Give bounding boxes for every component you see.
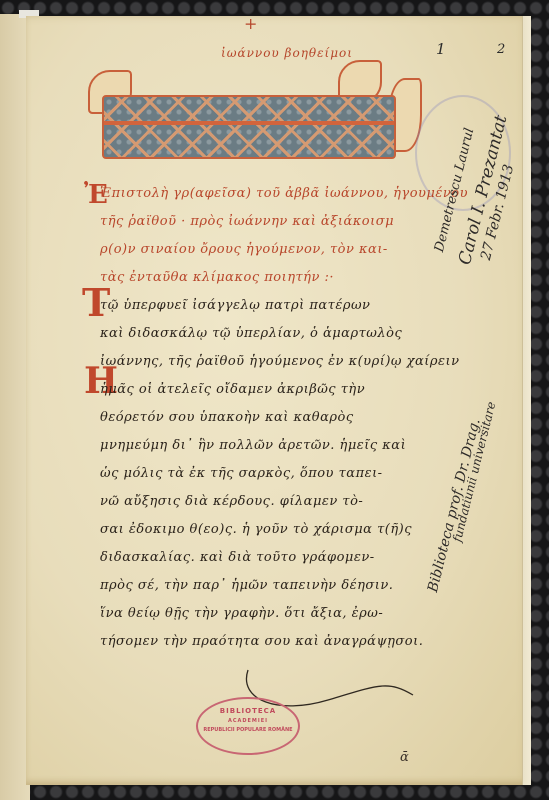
- stamp-line-3: REPUBLICII POPULARE ROMÂNE: [198, 727, 298, 733]
- incipit-line: τῆς ῥαϊθοῦ · πρὸς ἰωάννην καὶ ἀξιάκοισμ: [100, 208, 445, 236]
- body-line: μνημεύμη δι᾽ ἣν πολλῶν ἀρετῶν. ἡμεῖς καὶ: [100, 432, 445, 460]
- library-stamp: BIBLIOTECA ACADEMIEI REPUBLICII POPULARE…: [196, 697, 300, 755]
- body-line: καὶ διδασκάλῳ τῷ ὑπερλίαν, ὁ ἁμαρτωλὸς: [100, 320, 445, 348]
- body-line: τῷ ὑπερφυεῖ ἰσάγγελῳ πατρὶ πατέρων: [100, 292, 445, 320]
- interlace-band: [102, 95, 396, 159]
- body-line: ἡμᾶς οἱ ἀτελεῖς οἴδαμεν ἀκριβῶς τὴν: [100, 376, 445, 404]
- body-line: νῶ αὔξησις διὰ κέρδους. φίλαμεν τὸ-: [100, 488, 445, 516]
- decorative-headpiece: [88, 60, 428, 160]
- cross-mark: +: [244, 14, 257, 33]
- body-line: πρὸς σέ, τὴν παρ᾽ ἡμῶν ταπεινὴν δέησιν.: [100, 572, 445, 600]
- body-line: διδασκαλίας. καὶ διὰ τοῦτο γράφομεν-: [100, 544, 445, 572]
- incipit-line: Ἐπιστολὴ γρ(αφεῖσα) τοῦ ἀββᾶ ἰωάννου, ἡγ…: [100, 180, 445, 208]
- body-line: θεόρετόν σου ὑπακοὴν καὶ καθαρὸς: [100, 404, 445, 432]
- page-fore-edge: [522, 16, 531, 785]
- body-line: ἰωάννης, τῆς ῥαϊθοῦ ἡγούμενος ἐν κ(υρί)ῳ…: [100, 348, 445, 376]
- incipit-line: ρ(ο)ν σιναίου ὄρους ἡγούμενον, τὸν και-: [100, 236, 445, 264]
- page-heading: ἰωάννου βοηθείμοι: [172, 46, 402, 60]
- text-block: Ἐπιστολὴ γρ(αφεῖσα) τοῦ ἀββᾶ ἰωάννου, ἡγ…: [100, 180, 445, 656]
- stamp-line-2: ACADEMIEI: [198, 718, 298, 724]
- body-line: ἵνα θείῳ θῇς τὴν γραφὴν. ὅτι ἄξια, ἐρω-: [100, 600, 445, 628]
- folio-number-1: 1: [436, 40, 446, 58]
- body-line: ὡς μόλις τὰ ἐκ τῆς σαρκὸς, ὅπου ταπει-: [100, 460, 445, 488]
- body-line: σαι ἐδοκιμο θ(εο)ς. ἡ γοῦν τὸ χάρισμα τ(…: [100, 516, 445, 544]
- folio-number-2: 2: [497, 42, 505, 57]
- quire-mark: ᾱ: [400, 750, 409, 765]
- stamp-line-1: BIBLIOTECA: [198, 707, 298, 715]
- incipit-line: τὰς ἐνταῦθα κλίμακος ποιητήν :·: [100, 264, 445, 292]
